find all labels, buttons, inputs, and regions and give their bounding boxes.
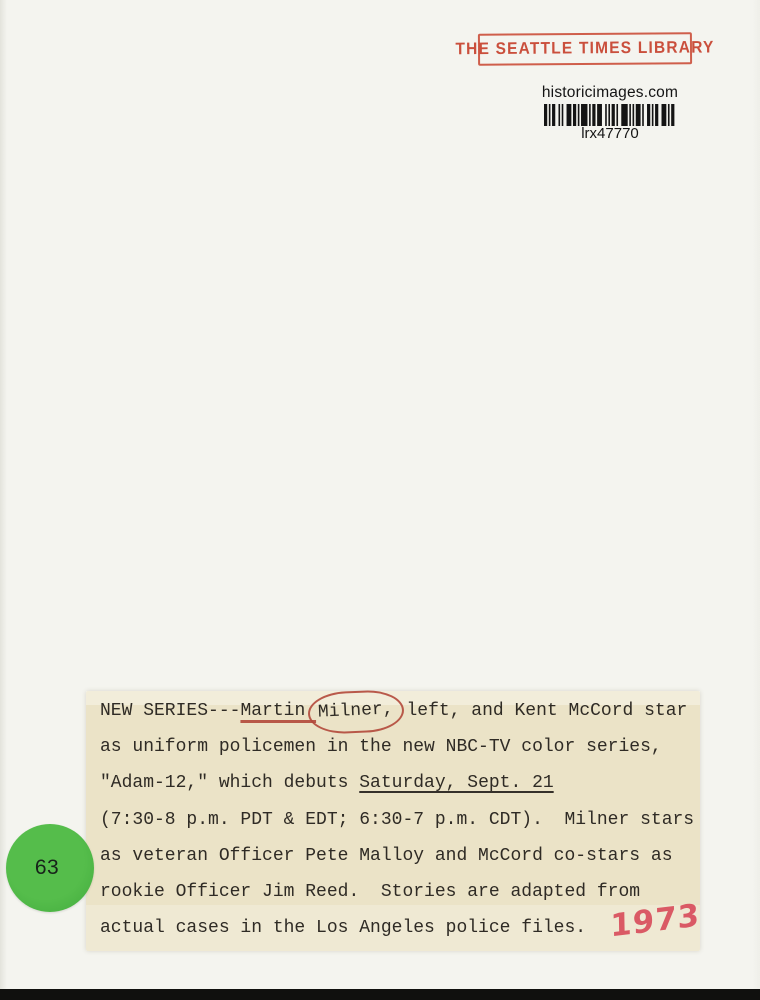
barcode-label: historicimages.com lrx47770 [535,84,685,142]
caption-segment: rookie Officer Jim Reed. Stories are ada… [100,882,640,902]
scan-edge [0,989,760,1000]
caption-line: (7:30-8 p.m. PDT & EDT; 6:30-7 p.m. CDT)… [100,802,694,838]
sticker-number-text: 63 [35,856,59,880]
caption-segment: as uniform policemen in the new NBC-TV c… [100,737,662,757]
library-stamp-text: THE SEATTLE TIMES LIBRARY [455,38,714,59]
caption-segment-red-underline: Martin [240,701,316,721]
caption-line: as veteran Officer Pete Malloy and McCor… [100,838,694,874]
caption-line: NEW SERIES---Martin Milner, left, and Ke… [100,693,694,729]
caption-line: "Adam-12," which debuts Saturday, Sept. … [100,765,694,801]
caption-segment: as veteran Officer Pete Malloy and McCor… [100,846,673,866]
number-sticker: 63 [6,824,94,912]
caption-segment: actual cases in the Los Angeles police f… [100,918,586,938]
caption-segment: NEW SERIES--- [100,701,240,721]
caption-slip: NEW SERIES---Martin Milner, left, and Ke… [86,691,700,951]
caption-text: NEW SERIES---Martin Milner, left, and Ke… [100,693,694,946]
photo-verso-scan: THE SEATTLE TIMES LIBRARY historicimages… [0,0,760,1000]
caption-segment: left, and Kent McCord star [396,701,688,721]
barcode-icon [544,104,676,126]
caption-segment: "Adam-12," which debuts [100,773,359,793]
caption-segment: (7:30-8 p.m. PDT & EDT; 6:30-7 p.m. CDT)… [100,810,694,830]
caption-line: actual cases in the Los Angeles police f… [100,910,694,946]
caption-line: as uniform policemen in the new NBC-TV c… [100,729,694,765]
barcode-code-text: lrx47770 [535,126,685,142]
barcode-website-text: historicimages.com [535,84,685,102]
caption-segment-underline: Saturday, Sept. 21 [359,773,553,793]
library-stamp: THE SEATTLE TIMES LIBRARY [478,32,692,65]
caption-line: rookie Officer Jim Reed. Stories are ada… [100,874,694,910]
